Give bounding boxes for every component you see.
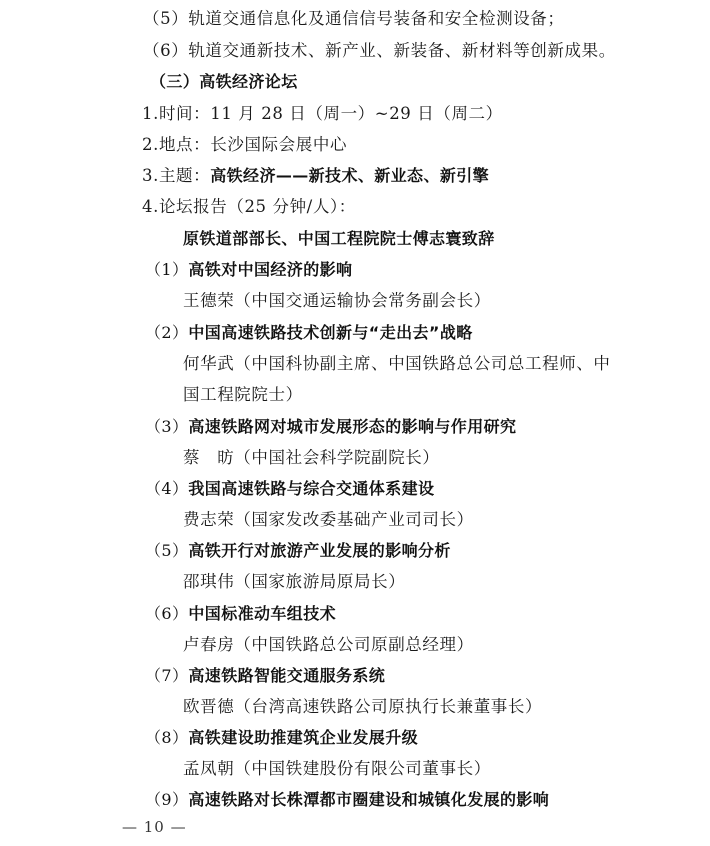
- report-title: （5）高铁开行对旅游产业发展的影响分析: [145, 541, 451, 561]
- section-title: 高铁经济论坛: [199, 72, 297, 91]
- report-title: （1）高铁对中国经济的影响: [145, 260, 352, 280]
- item-text: 轨道交通信息化及通信信号装备和安全检测设备；: [188, 9, 564, 28]
- report-speaker: 费志荣（国家发改委基础产业司司长）: [183, 510, 474, 530]
- report-index: （7）: [145, 666, 188, 685]
- report-title: （2）中国高速铁路技术创新与“走出去”战略: [145, 323, 473, 343]
- report-index: （2）: [145, 323, 188, 342]
- report-title-text: 高速铁路网对城市发展形态的影响与作用研究: [188, 417, 516, 436]
- report-index: （8）: [145, 728, 188, 747]
- detail-label: 4.论坛报告（25 分钟/人）：: [142, 197, 356, 216]
- detail-label: 2.地点：: [142, 135, 210, 154]
- report-speaker: 孟凤朝（中国铁建股份有限公司董事长）: [183, 759, 491, 779]
- report-speaker-continued: 国工程院院士）: [183, 385, 303, 405]
- detail-theme: 3.主题：高铁经济——新技术、新业态、新引擎: [142, 166, 489, 186]
- exhibit-item: （5）轨道交通信息化及通信信号装备和安全检测设备；: [143, 9, 565, 29]
- page-number: — 10 —: [122, 818, 187, 836]
- exhibit-item: （6）轨道交通新技术、新产业、新装备、新材料等创新成果。: [143, 41, 616, 61]
- detail-time: 1.时间：11 月 28 日（周一）~29 日（周二）: [142, 104, 503, 124]
- report-speaker: 邵琪伟（国家旅游局原局长）: [183, 572, 405, 592]
- report-title-text: 我国高速铁路与综合交通体系建设: [188, 479, 434, 498]
- report-speaker: 蔡 昉（中国社会科学院副院长）: [183, 448, 440, 468]
- item-text: 轨道交通新技术、新产业、新装备、新材料等创新成果。: [188, 41, 616, 60]
- detail-reports: 4.论坛报告（25 分钟/人）：: [142, 197, 356, 217]
- detail-label: 3.主题：: [142, 166, 210, 185]
- report-index: （1）: [145, 260, 188, 279]
- report-title: （7）高速铁路智能交通服务系统: [145, 666, 385, 686]
- report-index: （6）: [145, 604, 188, 623]
- report-title: （6）中国标准动车组技术: [145, 604, 336, 624]
- detail-value: 长沙国际会展中心: [210, 135, 347, 154]
- report-index: （3）: [145, 417, 188, 436]
- detail-value: 11 月 28 日（周一）~29 日（周二）: [210, 104, 503, 123]
- section-index: （三）: [150, 72, 199, 91]
- report-title-text: 高铁建设助推建筑企业发展升级: [188, 728, 418, 747]
- report-title: （4）我国高速铁路与综合交通体系建设: [145, 479, 434, 499]
- report-title-text: 高铁对中国经济的影响: [188, 260, 352, 279]
- item-index: （5）: [143, 9, 188, 28]
- report-title: （3）高速铁路网对城市发展形态的影响与作用研究: [145, 417, 516, 437]
- report-speaker: 何华武（中国科协副主席、中国铁路总公司总工程师、中: [183, 354, 611, 374]
- detail-label: 1.时间：: [142, 104, 210, 123]
- report-title-text: 高速铁路智能交通服务系统: [188, 666, 385, 685]
- report-title: （8）高铁建设助推建筑企业发展升级: [145, 728, 418, 748]
- report-title: （9）高速铁路对长株潭都市圈建设和城镇化发展的影响: [145, 790, 549, 810]
- report-title-text: 高速铁路对长株潭都市圈建设和城镇化发展的影响: [188, 790, 549, 809]
- report-index: （9）: [145, 790, 188, 809]
- report-title-text: 中国高速铁路技术创新与“走出去”战略: [188, 323, 472, 342]
- report-title-text: 高铁开行对旅游产业发展的影响分析: [188, 541, 450, 560]
- opening-speech: 原铁道部部长、中国工程院院士傅志寰致辞: [183, 229, 495, 249]
- report-index: （5）: [145, 541, 188, 560]
- item-index: （6）: [143, 41, 188, 60]
- report-speaker: 卢春房（中国铁路总公司原副总经理）: [183, 635, 474, 655]
- report-index: （4）: [145, 479, 188, 498]
- report-speaker: 欧晋德（台湾高速铁路公司原执行长兼董事长）: [183, 697, 542, 717]
- report-speaker: 王德荣（中国交通运输协会常务副会长）: [183, 291, 491, 311]
- detail-place: 2.地点：长沙国际会展中心: [142, 135, 347, 155]
- report-title-text: 中国标准动车组技术: [188, 604, 336, 623]
- detail-value: 高铁经济——新技术、新业态、新引擎: [210, 166, 489, 185]
- section-heading: （三）高铁经济论坛: [150, 72, 298, 92]
